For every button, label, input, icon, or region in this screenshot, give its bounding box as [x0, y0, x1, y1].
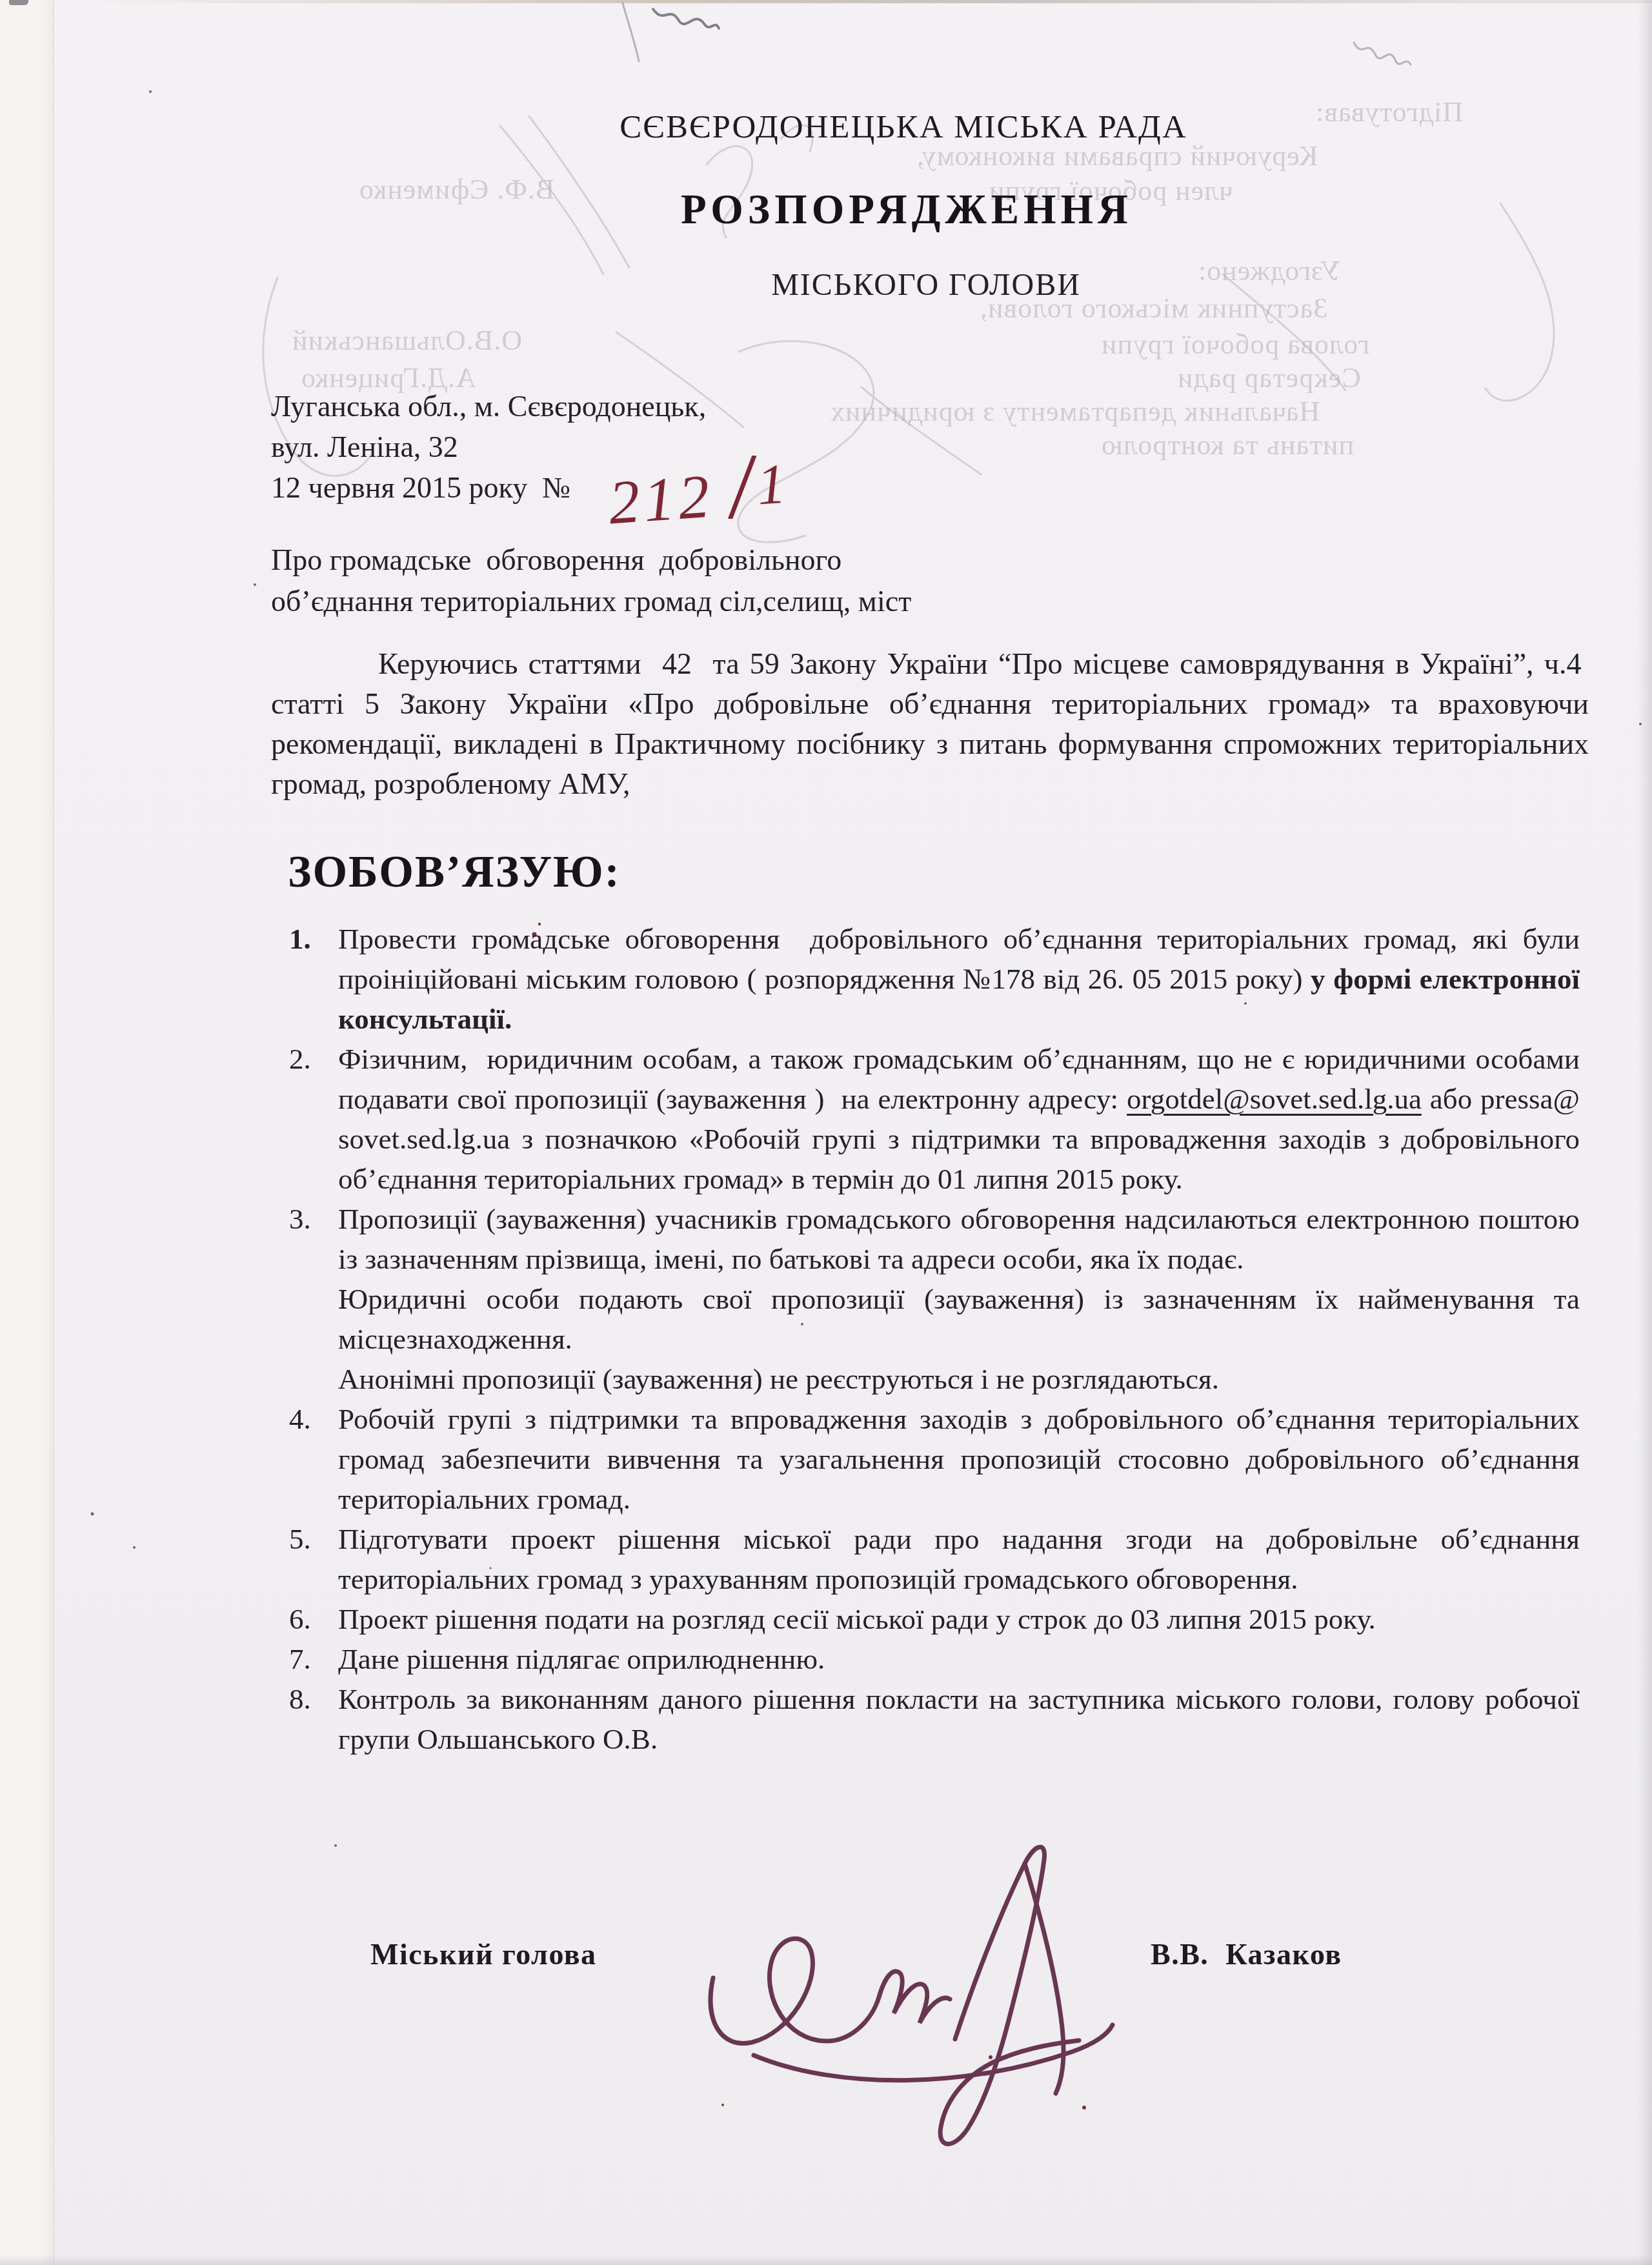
item-number: 1. [289, 919, 338, 959]
list-item: 2.Фізичним, юридичним особам, а також гр… [289, 1039, 1580, 1199]
list-item: 5.Підготувати проект рішення міської рад… [289, 1519, 1580, 1599]
item-text: Провести громадське обговорення добровіл… [338, 919, 1580, 1039]
list-item: 7.Дане рішення підлягає оприлюдненню. [289, 1639, 1580, 1679]
corner-smudge [9, 0, 28, 5]
list-item: 4.Робочій групі з підтримки та впровадже… [289, 1399, 1580, 1519]
reg-number-main: 212 [607, 461, 716, 537]
item-number: 5. [289, 1519, 338, 1559]
doc-type-title: РОЗПОРЯДЖЕННЯ [0, 186, 1652, 234]
item-text: Підготувати проект рішення міської ради … [338, 1519, 1580, 1599]
item-text: Дане рішення підлягає оприлюдненню. [338, 1639, 1580, 1679]
signer-name: В.В. Казаков [1151, 1937, 1342, 1971]
subject-line-2: об’єднання територіальних громад сіл,сел… [271, 581, 911, 622]
scanned-document-page: Підготував:Керуючий справами виконкому,ч… [0, 0, 1652, 2265]
signature [671, 1820, 1162, 2155]
reg-number-suffix: 1 [755, 452, 788, 519]
item-number: 4. [289, 1399, 338, 1439]
doc-issuer: МІСЬКОГО ГОЛОВИ [0, 267, 1652, 303]
oblige-heading: ЗОБОВ’ЯЗУЮ: [288, 847, 621, 898]
list-item: 3.Пропозиції (зауваження) учасників гром… [289, 1199, 1580, 1399]
list-item: 6.Проект рішення подати на розгляд сесії… [289, 1599, 1580, 1639]
bleedthrough-text: Начальник департаменту з юридичних [830, 395, 1320, 428]
reg-number-handwritten: 212/1 [604, 425, 789, 547]
item-number: 3. [289, 1199, 338, 1239]
paper-edge-line [53, 0, 54, 2265]
preamble-paragraph: Керуючись статтями 42 та 59 Закону Украї… [271, 644, 1589, 804]
bleedthrough-text: голова робочої групи [1101, 328, 1369, 361]
email-address: orgotdel@sovet.sed.lg.ua [1127, 1083, 1422, 1115]
ink-scribble [653, 9, 719, 28]
scan-bottom-shade [0, 2255, 1652, 2265]
item-number: 7. [289, 1639, 338, 1679]
pencil-scribble [1354, 43, 1411, 65]
item-text: Контроль за виконанням даного рішення по… [338, 1679, 1580, 1759]
pencil-scribble [623, 3, 639, 61]
subject-line-1: Про громадське обговорення добровільного [271, 539, 911, 581]
scan-right-shade [1638, 0, 1652, 2265]
bleedthrough-text: Секретар ради [1177, 361, 1361, 394]
item-number: 2. [289, 1039, 338, 1079]
item-text: Робочій групі з підтримки та впровадженн… [338, 1399, 1580, 1519]
reg-number-slash: / [727, 431, 758, 541]
scanner-edge-strip [0, 0, 53, 2265]
item-text: Фізичним, юридичним особам, а також гром… [338, 1039, 1580, 1199]
order-list: 1.Провести громадське обговорення добров… [289, 919, 1580, 1759]
bleedthrough-text: О.В.Ольшанський [292, 324, 522, 357]
org-name: СЄВЄРОДОНЕЦЬКА МІСЬКА РАДА [0, 108, 1652, 146]
item-text: Проект рішення подати на розгляд сесії м… [338, 1599, 1580, 1639]
list-item: 1.Провести громадське обговорення добров… [289, 919, 1580, 1039]
list-item: 8.Контроль за виконанням даного рішення … [289, 1679, 1580, 1759]
signature-strokes [710, 1847, 1113, 2144]
item-text: Пропозиції (зауваження) учасників громад… [338, 1199, 1580, 1399]
item-number: 6. [289, 1599, 338, 1639]
signer-title-label: Міський голова [370, 1937, 597, 1971]
item-number: 8. [289, 1679, 338, 1719]
scan-top-edge [0, 0, 1652, 3]
bleedthrough-text: питань та контролю [1101, 428, 1354, 461]
subject-block: Про громадське обговорення добровільного… [271, 539, 911, 622]
address-line-1: Луганська обл., м. Сєвєродонецьк, [271, 386, 706, 427]
